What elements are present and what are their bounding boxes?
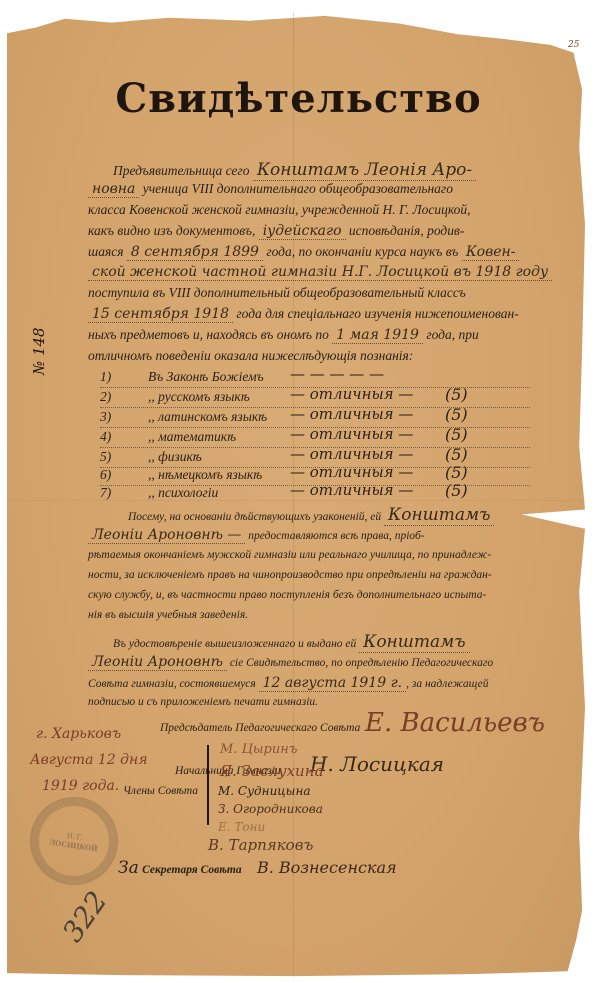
rights-line-4: ности, за исключеніемъ правъ на чинопрои… (88, 569, 492, 581)
handwritten-given-name: Леоніи Ароновнѣ (88, 654, 227, 671)
stamp-inner: Н. Г. ЛОСИЦКОЙ (49, 829, 100, 854)
handwritten-birthdate: 8 сентября 1899 (127, 244, 263, 261)
print-text: Въ удостовѣреніе вышеизложеннаго и выдан… (113, 638, 356, 650)
cert-line-2: Леоніи Ароновнѣ сіе Свидѣтельство, по оп… (88, 654, 493, 670)
head-signature: Н. Лосицкая (310, 752, 444, 776)
place-year: 1919 года. (42, 778, 119, 794)
document-title: Свидѣтельство (0, 75, 597, 122)
place-date: Августа 12 дня (30, 752, 148, 768)
rights-line-1: Посему, на основаніи дѣйствующихъ узакон… (128, 505, 494, 525)
chairman-signature: Е. Васильевъ (365, 708, 545, 738)
intro-line-5: шаяся 8 сентября 1899 года, по окончаніи… (88, 244, 519, 260)
secretary-signature: В. Вознесенская (257, 858, 397, 877)
members-bracket (207, 745, 209, 825)
print-text: Совѣта гимназіи, состоявшемуся (88, 678, 256, 690)
subject-grade: — отличныя — (290, 445, 413, 463)
print-text: года, по окончаніи курса наукъ въ (266, 244, 458, 259)
intro-line-2: новна ученица VIII дополнительнаго общео… (88, 181, 453, 197)
print-text: шаяся (88, 244, 123, 259)
subject-mark: (5) (445, 385, 468, 404)
print-text: предоставляются всѣ права, пріоб- (248, 530, 424, 542)
subject-name: ,, нѣмецкомъ языкѣ (148, 467, 262, 483)
member-signature: З. Огородникова (218, 802, 323, 816)
corner-mark: 25 (568, 40, 579, 50)
handwritten-patronymic: новна (88, 181, 139, 198)
handwritten-surname: Конштамъ (359, 632, 469, 653)
handwritten-end-date: 1 мая 1919 (332, 327, 423, 344)
subject-grade: — отличныя — (290, 385, 413, 403)
handwritten-surname: Конштамъ (384, 505, 494, 526)
print-text: ученица VIII дополнительнаго общеобразов… (143, 181, 453, 196)
place-city: г. Харьковъ (36, 726, 121, 742)
subject-number: 4) (100, 429, 111, 445)
cert-line-4: подписью и съ приложеніемъ печати гимназ… (88, 696, 318, 708)
subject-name: ,, психологіи (148, 485, 218, 501)
intro-line-9: ныхъ предметовъ и, находясь въ ономъ по … (88, 327, 479, 343)
print-text: Посему, на основаніи дѣйствующихъ узакон… (128, 511, 381, 523)
handwritten-council-date: 12 августа 1919 г. (259, 675, 406, 692)
secretary-prefix: За (118, 858, 139, 878)
subject-mark: (5) (445, 405, 468, 424)
rights-line-6: нія въ высшія учебныя заведенія. (88, 609, 248, 621)
members-label: Члены Совѣта (123, 785, 198, 797)
print-text: отличномъ поведеніи оказала нижеслѣдующі… (88, 348, 413, 363)
subject-row: 7) ,, психологіи — отличныя — (5) (100, 484, 530, 503)
print-text: , за надлежащей (406, 678, 488, 690)
intro-line-4: какъ видно изъ документовъ, іудейскаго и… (88, 223, 464, 239)
subject-number: 3) (100, 409, 111, 425)
subject-grade: — отличныя — (290, 425, 413, 443)
subject-name: Въ Законѣ Божіемъ (148, 369, 264, 385)
cert-line-3: Совѣта гимназіи, состоявшемуся 12 август… (88, 675, 488, 691)
subject-name: ,, русскомъ языкѣ (148, 389, 250, 405)
member-signature: Я. Заслухина (220, 762, 324, 780)
rights-line-5: скую службу, и, въ частности право посту… (88, 589, 486, 601)
intro-line-6: ской женской частной гимназіи Н.Г. Лосиц… (88, 264, 552, 280)
subject-number: 2) (100, 389, 111, 405)
subject-name: ,, латинскомъ языкѣ (148, 409, 267, 425)
handwritten-religion: іудейскаго (259, 223, 346, 240)
subject-grade: — отличныя — (290, 405, 413, 423)
handwritten-given-name: Леоніи Ароновнѣ — (88, 527, 245, 544)
cert-line-1: Въ удостовѣреніе вышеизложеннаго и выдан… (113, 632, 470, 652)
secretary-line: За Секретаря Совѣта В. Вознесенская (118, 858, 397, 878)
print-text: ныхъ предметовъ и, находясь въ ономъ по (88, 327, 329, 342)
subject-number: 6) (100, 467, 111, 483)
intro-line-1: Предъявительница сего Конштамъ Леонія Ар… (113, 160, 476, 180)
subject-number: 5) (100, 449, 111, 465)
member-signature: М. Судницына (218, 784, 311, 798)
member-signature: В. Тарпяковъ (208, 836, 313, 854)
handwritten-name: Конштамъ Леонія Аро- (253, 160, 476, 181)
intro-line-3: класса Ковенской женской гимназіи, учреж… (88, 202, 471, 218)
subject-number: 7) (100, 485, 111, 501)
rights-line-2: Леоніи Ароновнѣ — предоставляются всѣ пр… (88, 527, 425, 543)
print-text: года для спеціальнаго изученія нижепоиме… (236, 306, 518, 321)
subject-mark: (5) (445, 445, 468, 464)
registration-number: № 148 (30, 327, 48, 375)
subject-grade: — отличныя — (290, 463, 413, 481)
subject-name: ,, математикѣ (148, 429, 236, 445)
print-text: года, при (426, 327, 478, 342)
print-text: какъ видно изъ документовъ, (88, 223, 255, 238)
handwritten-admission-date: 15 сентября 1918 (88, 306, 233, 323)
subject-mark: (5) (445, 463, 468, 482)
subject-grade: — — — — — (290, 365, 384, 383)
rights-line-3: рѣтаемыя окончаніемъ мужской гимназіи ил… (88, 549, 491, 561)
subject-mark: (5) (445, 425, 468, 444)
print-text: поступила въ VIII дополнительный общеобр… (88, 285, 466, 300)
member-signature: Е. Тони (218, 820, 265, 834)
handwritten-school-cont: ской женской частной гимназіи Н.Г. Лосиц… (88, 264, 552, 281)
member-signature: М. Цыринъ (220, 742, 297, 757)
secretary-label: Секретаря Совѣта (142, 864, 241, 876)
print-text: сіе Свидѣтельство, по опредѣленію Педаго… (230, 657, 493, 669)
chairman-label: Предсѣдатель Педагогическаго Совѣта (160, 722, 360, 734)
subject-mark: (5) (445, 481, 468, 500)
subject-number: 1) (100, 369, 111, 385)
subject-grade: — отличныя — (290, 481, 413, 499)
handwritten-school: Ковен- (462, 244, 520, 261)
intro-line-10: отличномъ поведеніи оказала нижеслѣдующі… (88, 348, 413, 364)
print-text: класса Ковенской женской гимназіи, учреж… (88, 202, 471, 217)
print-text: Предъявительница сего (113, 163, 249, 178)
intro-line-8: 15 сентября 1918 года для спеціальнаго и… (88, 306, 519, 322)
print-text: исповѣданія, родив- (349, 223, 464, 238)
subject-name: ,, физикѣ (148, 449, 202, 465)
intro-line-7: поступила въ VIII дополнительный общеобр… (88, 285, 466, 301)
